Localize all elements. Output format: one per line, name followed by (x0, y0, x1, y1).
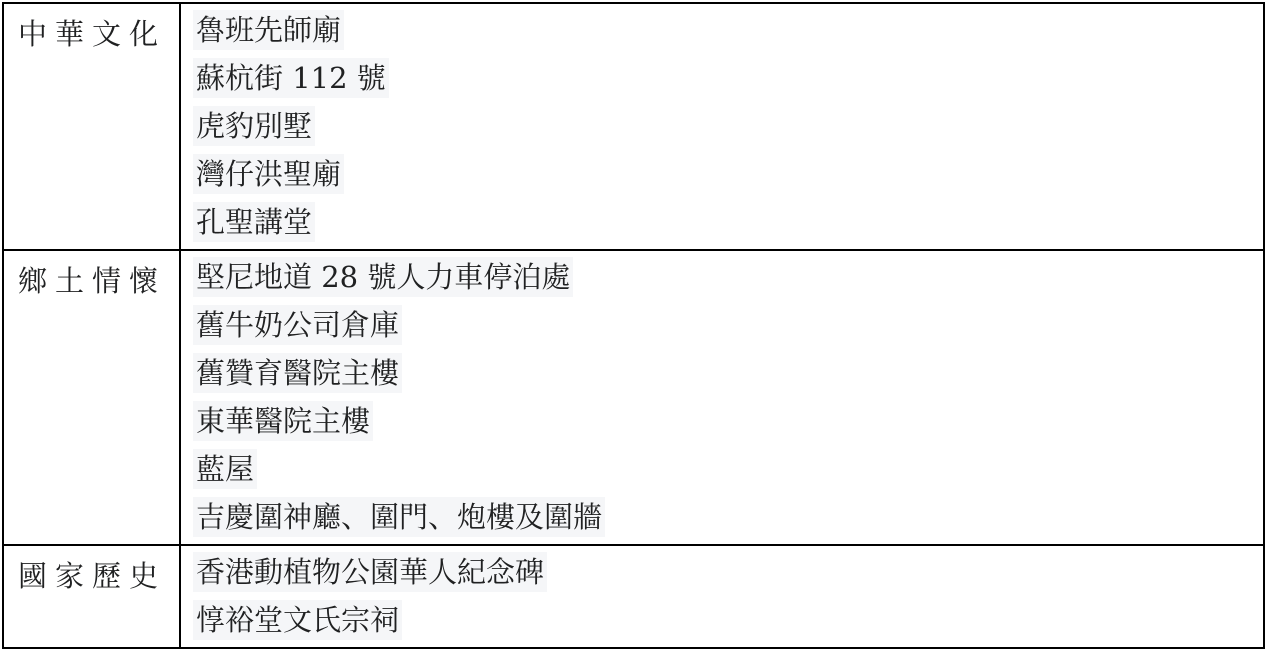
heritage-category-table: 中華文化 魯班先師廟 蘇杭街 112 號 虎豹別墅 灣仔洪聖廟 孔聖講堂 鄉土情… (2, 2, 1265, 649)
list-item: 東華醫院主樓 (193, 397, 1257, 445)
items-cell: 堅尼地道 28 號人力車停泊處 舊牛奶公司倉庫 舊贊育醫院主樓 東華醫院主樓 藍… (180, 250, 1264, 545)
item-text: 惇裕堂文氏宗祠 (193, 600, 402, 640)
item-text: 舊贊育醫院主樓 (193, 353, 402, 393)
item-text: 堅尼地道 28 號人力車停泊處 (193, 257, 573, 297)
item-text: 魯班先師廟 (193, 10, 344, 50)
category-cell: 鄉土情懷 (3, 250, 180, 545)
list-item: 堅尼地道 28 號人力車停泊處 (193, 253, 1257, 301)
items-cell: 香港動植物公園華人紀念碑 惇裕堂文氏宗祠 (180, 545, 1264, 648)
list-item: 灣仔洪聖廟 (193, 150, 1257, 198)
list-item: 吉慶圍神廳、圍門、炮樓及圍牆 (193, 493, 1257, 541)
list-item: 孔聖講堂 (193, 198, 1257, 246)
item-text: 灣仔洪聖廟 (193, 154, 344, 194)
item-text: 吉慶圍神廳、圍門、炮樓及圍牆 (193, 497, 605, 537)
item-text: 東華醫院主樓 (193, 401, 373, 441)
table-row: 鄉土情懷 堅尼地道 28 號人力車停泊處 舊牛奶公司倉庫 舊贊育醫院主樓 東華醫… (3, 250, 1264, 545)
category-label: 國家歷史 (18, 559, 166, 593)
item-text: 虎豹別墅 (193, 106, 315, 146)
list-item: 惇裕堂文氏宗祠 (193, 596, 1257, 644)
list-item: 魯班先師廟 (193, 6, 1257, 54)
list-item: 舊贊育醫院主樓 (193, 349, 1257, 397)
table-row: 國家歷史 香港動植物公園華人紀念碑 惇裕堂文氏宗祠 (3, 545, 1264, 648)
list-item: 藍屋 (193, 445, 1257, 493)
item-text: 舊牛奶公司倉庫 (193, 305, 402, 345)
category-label: 中華文化 (18, 17, 166, 51)
item-text: 孔聖講堂 (193, 202, 315, 242)
category-cell: 中華文化 (3, 3, 180, 250)
list-item: 香港動植物公園華人紀念碑 (193, 548, 1257, 596)
item-text: 香港動植物公園華人紀念碑 (193, 552, 547, 592)
list-item: 蘇杭街 112 號 (193, 54, 1257, 102)
list-item: 虎豹別墅 (193, 102, 1257, 150)
list-item: 舊牛奶公司倉庫 (193, 301, 1257, 349)
item-text: 蘇杭街 112 號 (193, 58, 389, 98)
items-cell: 魯班先師廟 蘇杭街 112 號 虎豹別墅 灣仔洪聖廟 孔聖講堂 (180, 3, 1264, 250)
table-row: 中華文化 魯班先師廟 蘇杭街 112 號 虎豹別墅 灣仔洪聖廟 孔聖講堂 (3, 3, 1264, 250)
category-label: 鄉土情懷 (18, 264, 166, 298)
item-text: 藍屋 (193, 449, 257, 489)
category-cell: 國家歷史 (3, 545, 180, 648)
